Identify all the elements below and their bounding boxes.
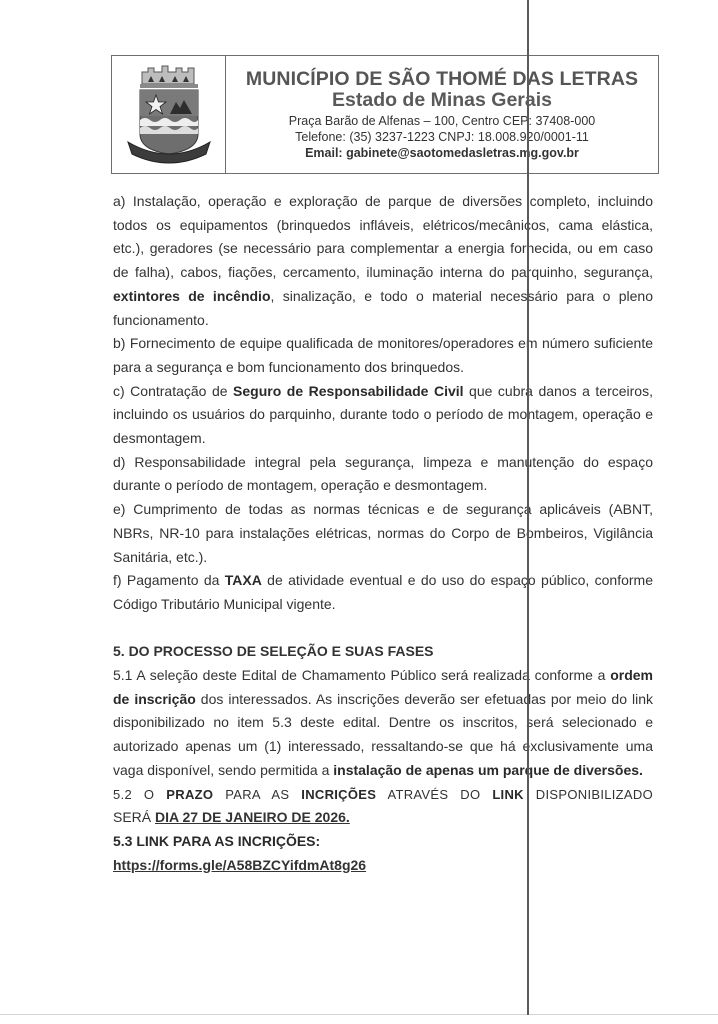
section-5-title: 5. DO PROCESSO DE SELEÇÃO E SUAS FASES <box>113 640 653 664</box>
letterhead-text: MUNICÍPIO DE SÃO THOMÉ DAS LETRAS Estado… <box>226 56 658 173</box>
email-line: Email: gabinete@saotomedasletras.mg.gov.… <box>226 146 658 160</box>
item-d: d) Responsabilidade integral pela segura… <box>113 451 653 498</box>
paragraph-5-3-label: 5.3 LINK PARA AS INCRIÇÕES: <box>113 830 653 854</box>
state-subtitle: Estado de Minas Gerais <box>226 89 658 112</box>
item-a: a) Instalação, operação e exploração de … <box>113 190 653 332</box>
deadline-date: DIA 27 DE JANEIRO DE 2026. <box>155 809 350 825</box>
scan-artifact-vertical-line <box>527 0 529 1015</box>
item-f: f) Pagamento da TAXA de atividade eventu… <box>113 569 653 616</box>
registration-form-link[interactable]: https://forms.gle/A58BZCYifdmAt8g26 <box>113 857 366 873</box>
item-b: b) Fornecimento de equipe qualificada de… <box>113 332 653 379</box>
letterhead: MUNICÍPIO DE SÃO THOMÉ DAS LETRAS Estado… <box>111 55 659 174</box>
paragraph-5-2: 5.2 O PRAZO PARA AS INCRIÇÕES ATRAVÉS DO… <box>113 783 653 807</box>
logo-cell <box>112 56 226 173</box>
scan-artifact-horizontal-line <box>0 1014 718 1015</box>
document-body: a) Instalação, operação e exploração de … <box>113 190 653 877</box>
phone-cnpj-line: Telefone: (35) 3237-1223 CNPJ: 18.008.92… <box>226 130 658 144</box>
paragraph-5-3-link: https://forms.gle/A58BZCYifdmAt8g26 <box>113 854 653 878</box>
address-line: Praça Barão de Alfenas – 100, Centro CEP… <box>226 114 658 128</box>
municipal-coat-of-arms-icon <box>126 62 212 166</box>
item-c: c) Contratação de Seguro de Responsabili… <box>113 380 653 451</box>
item-f-bold: TAXA <box>225 572 262 588</box>
paragraph-5-1: 5.1 A seleção deste Edital de Chamamento… <box>113 664 653 783</box>
item-a-bold: extintores de incêndio <box>113 288 271 304</box>
item-e: e) Cumprimento de todas as normas técnic… <box>113 498 653 569</box>
municipality-title: MUNICÍPIO DE SÃO THOMÉ DAS LETRAS <box>226 68 658 91</box>
item-c-bold: Seguro de Responsabilidade Civil <box>233 383 463 399</box>
paragraph-5-2-deadline: SERÁ DIA 27 DE JANEIRO DE 2026. <box>113 806 653 830</box>
